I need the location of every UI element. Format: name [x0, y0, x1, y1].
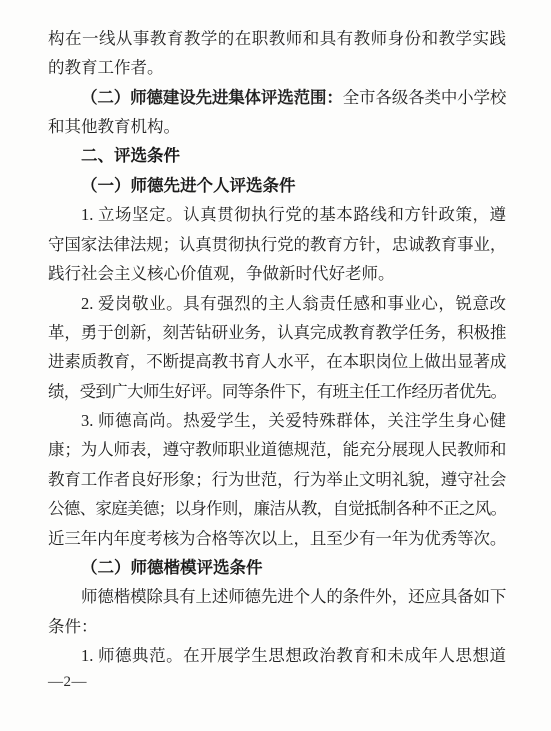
page-number: —2— [48, 672, 506, 692]
text-segment: 二、评选条件 [81, 147, 180, 165]
text-line: 和其他教育机构。 [48, 112, 506, 141]
text-segment: 3. 师德高尚。热爱学生，关爱特殊群体，关注学生身心健 [81, 411, 506, 430]
text-line: 守国家法律法规；认真贯彻执行党的教育方针，忠诚教育事业， [48, 230, 506, 259]
text-segment: 公德、家庭美德；以身作则，廉洁从教，自觉抵制各种不正之风。 [48, 499, 506, 518]
text-line: （二）师德建设先进集体评选范围：全市各级各类中小学校 [48, 83, 506, 112]
text-segment: 康；为人师表，遵守教师职业道德规范，能充分展现人民教师和 [48, 440, 506, 459]
text-segment: 全市各级各类中小学校 [343, 88, 506, 107]
text-line: 条件： [48, 612, 506, 641]
text-line: 构在一线从事教育教学的在职教师和具有教师身份和教学实践 [48, 24, 506, 53]
document-page: 构在一线从事教育教学的在职教师和具有教师身份和教学实践的教育工作者。（二）师德建… [0, 0, 551, 731]
text-segment-bold: （二）师德建设先进集体评选范围： [81, 88, 343, 107]
text-line: （二）师德楷模评选条件 [48, 553, 506, 582]
text-line: （一）师德先进个人评选条件 [48, 171, 506, 200]
text-line: 2. 爱岗敬业。具有强烈的主人翁责任感和事业心，锐意改 [48, 289, 506, 318]
text-line: 的教育工作者。 [48, 53, 506, 82]
text-line: 二、评选条件 [48, 142, 506, 171]
text-line: 践行社会主义核心价值观，争做新时代好老师。 [48, 259, 506, 288]
text-segment: 师德楷模除具有上述师德先进个人的条件外，还应具备如下 [81, 587, 506, 606]
text-segment: 1. 立场坚定。认真贯彻执行党的基本路线和方针政策，遵 [81, 205, 506, 224]
text-line: 进素质教育，不断提高教书育人水平，在本职岗位上做出显著成 [48, 347, 506, 376]
text-segment: 进素质教育，不断提高教书育人水平，在本职岗位上做出显著成 [48, 352, 506, 371]
text-line: 1. 师德典范。在开展学生思想政治教育和未成年人思想道 [48, 641, 506, 670]
text-segment: 教育工作者良好形象；行为世范，行为举止文明礼貌，遵守社会 [48, 470, 506, 489]
text-line: 康；为人师表，遵守教师职业道德规范，能充分展现人民教师和 [48, 435, 506, 464]
text-line: 师德楷模除具有上述师德先进个人的条件外，还应具备如下 [48, 582, 506, 611]
text-segment: 条件： [48, 617, 98, 636]
text-segment: 践行社会主义核心价值观，争做新时代好老师。 [48, 264, 395, 283]
text-line: 教育工作者良好形象；行为世范，行为举止文明礼貌，遵守社会 [48, 465, 506, 494]
text-segment: 和其他教育机构。 [48, 117, 180, 136]
text-line: 1. 立场坚定。认真贯彻执行党的基本路线和方针政策，遵 [48, 200, 506, 229]
text-line: 3. 师德高尚。热爱学生，关爱特殊群体，关注学生身心健 [48, 406, 506, 435]
text-segment: 革，勇于创新，刻苦钻研业务，认真完成教育教学任务，积极推 [48, 323, 506, 342]
text-segment: 1. 师德典范。在开展学生思想政治教育和未成年人思想道 [81, 646, 506, 665]
text-line: 革，勇于创新，刻苦钻研业务，认真完成教育教学任务，积极推 [48, 318, 506, 347]
text-segment: （二）师德楷模评选条件 [81, 558, 263, 577]
text-segment: 近三年内年度考核为合格等次以上，且至少有一年为优秀等次。 [48, 529, 506, 548]
text-segment: 构在一线从事教育教学的在职教师和具有教师身份和教学实践 [48, 29, 506, 48]
text-segment: 守国家法律法规；认真贯彻执行党的教育方针，忠诚教育事业， [48, 235, 506, 254]
text-segment: 绩，受到广大师生好评。同等条件下，有班主任工作经历者优先。 [48, 382, 506, 401]
text-line: 公德、家庭美德；以身作则，廉洁从教，自觉抵制各种不正之风。 [48, 494, 506, 523]
text-line: 绩，受到广大师生好评。同等条件下，有班主任工作经历者优先。 [48, 377, 506, 406]
text-segment: （一）师德先进个人评选条件 [81, 176, 296, 195]
text-segment: 2. 爱岗敬业。具有强烈的主人翁责任感和事业心，锐意改 [81, 294, 506, 313]
document-body: 构在一线从事教育教学的在职教师和具有教师身份和教学实践的教育工作者。（二）师德建… [48, 24, 506, 671]
text-segment: 的教育工作者。 [48, 58, 164, 77]
text-line: 近三年内年度考核为合格等次以上，且至少有一年为优秀等次。 [48, 524, 506, 553]
